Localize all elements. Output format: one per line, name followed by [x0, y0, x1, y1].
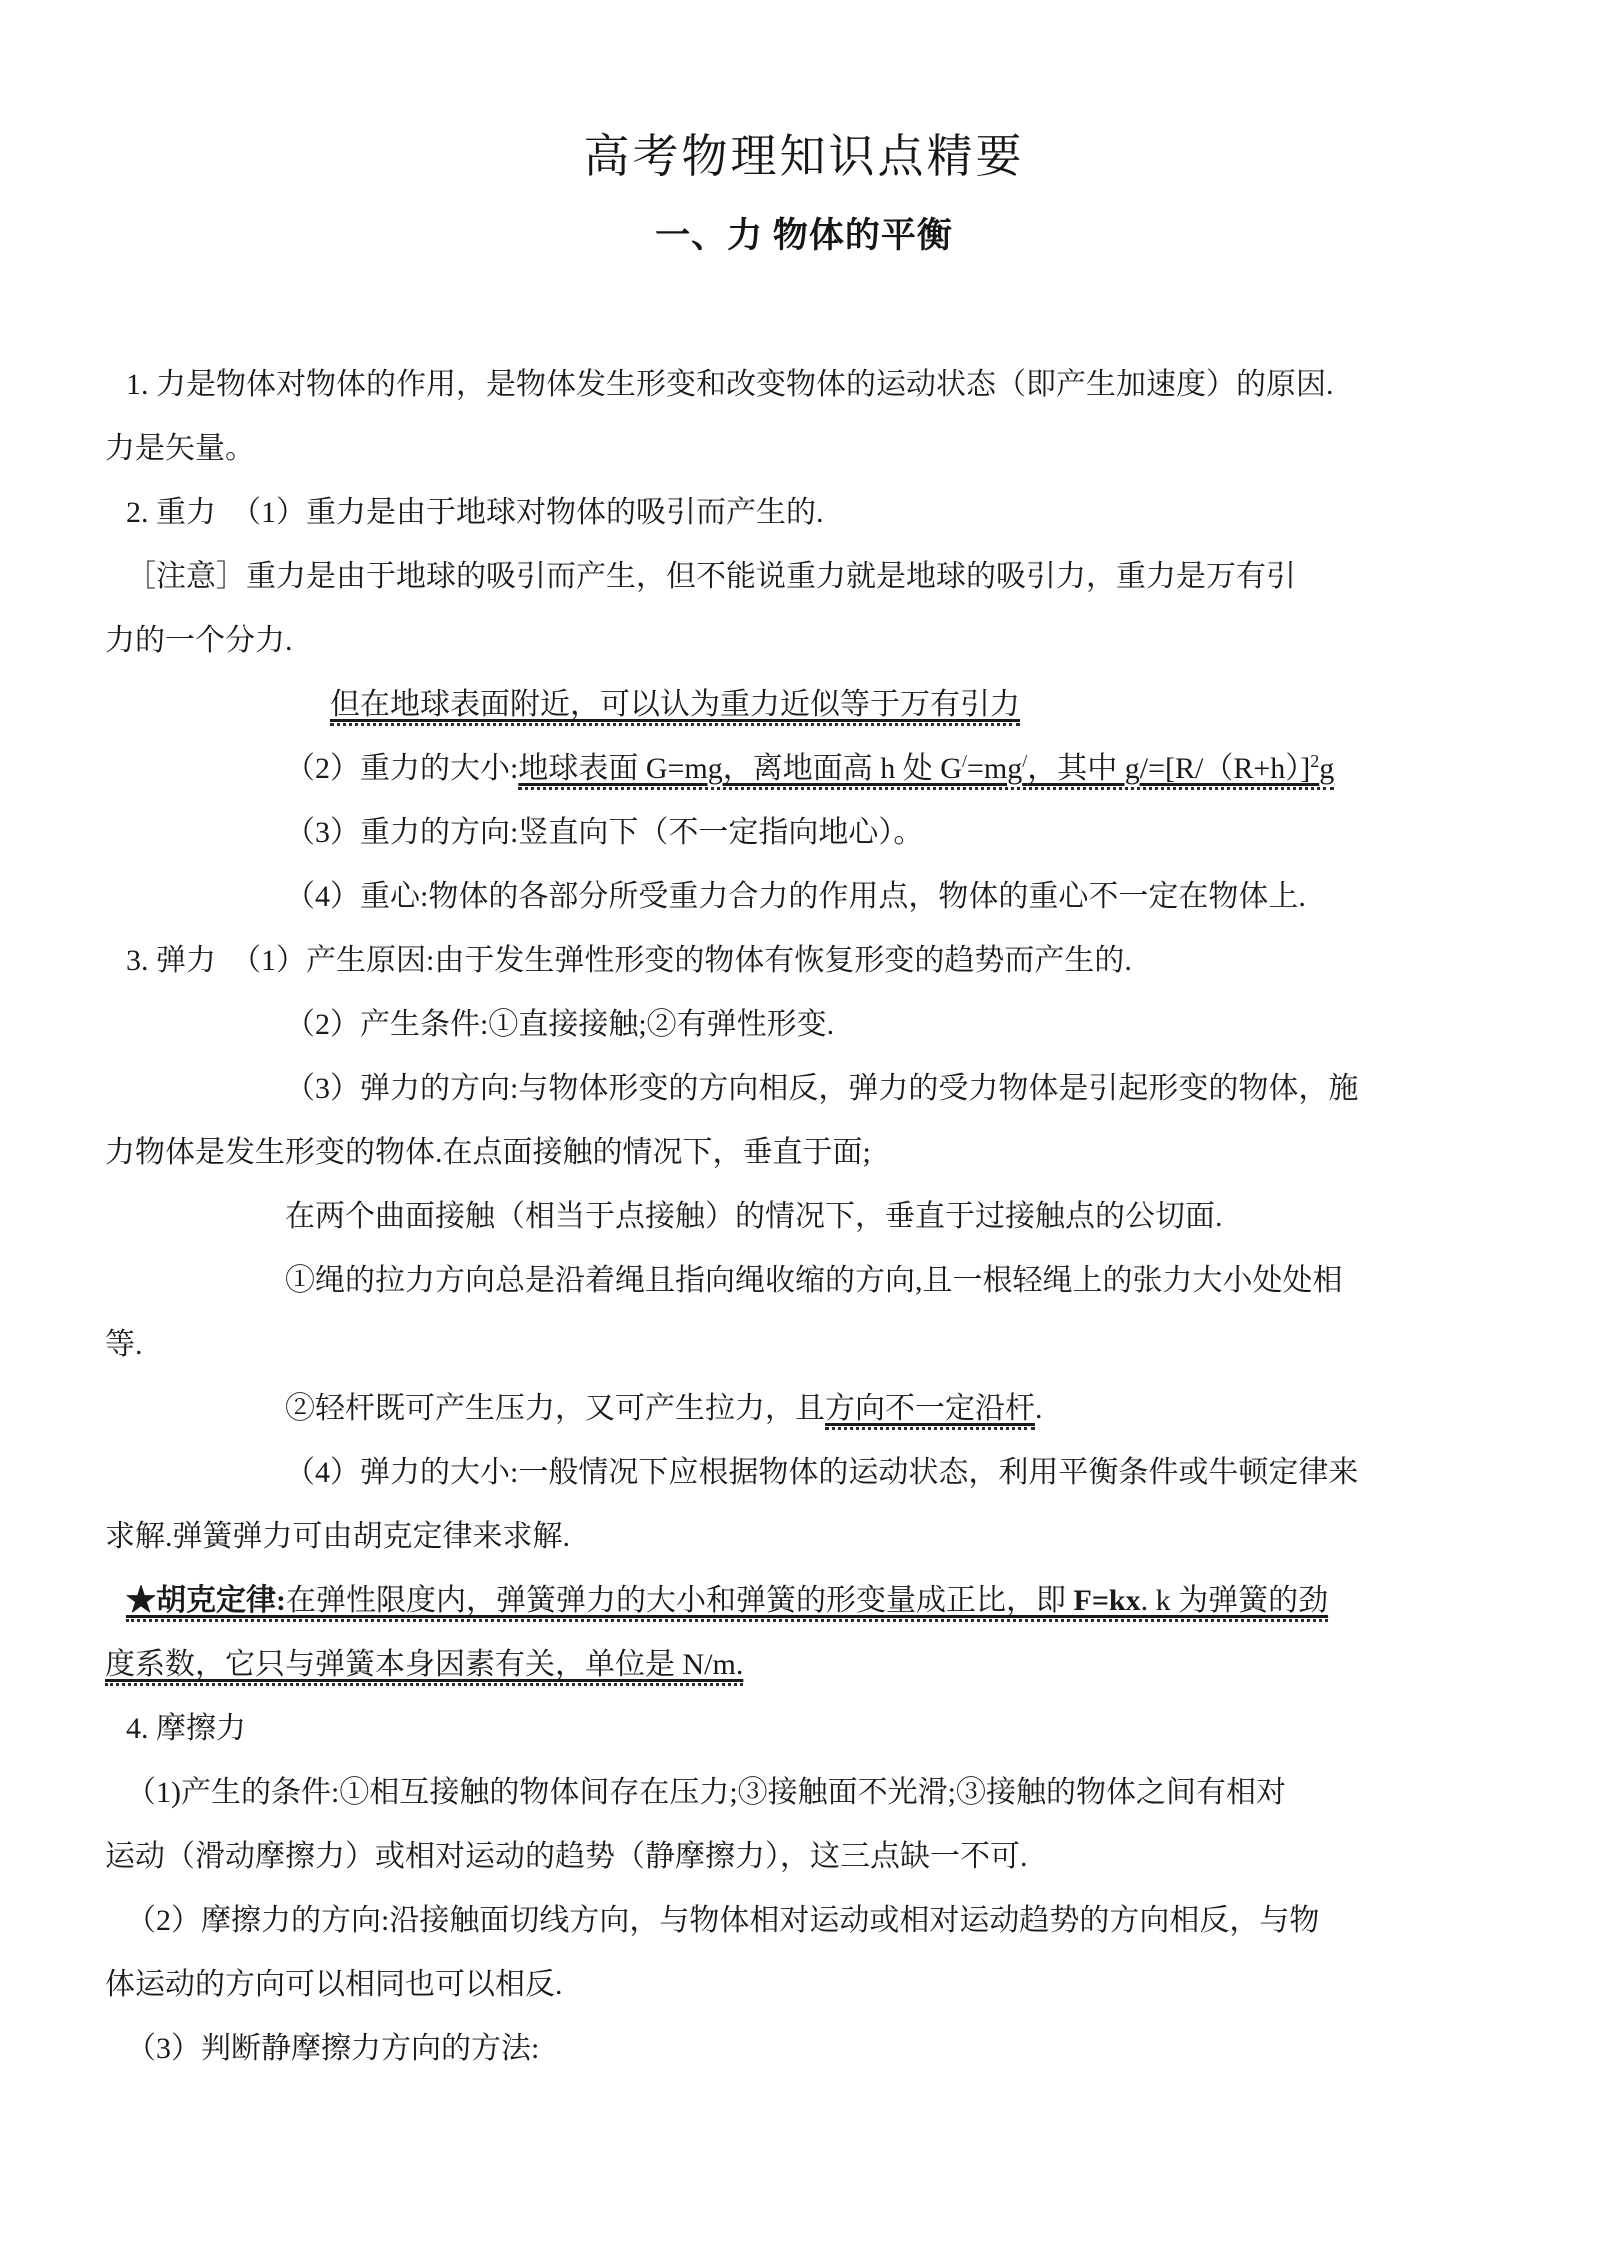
para-1-force-definition: 1. 力是物体对物体的作用，是物体发生形变和改变物体的运动状态（即产生加速度）的…	[105, 353, 1503, 481]
text-run: ，其中 g/=[R/（R+h）]	[1027, 752, 1310, 785]
bold-text: F=kx	[1074, 1584, 1141, 1617]
para-3-rope-tension: ①绳的拉力方向总是沿着绳且指向绳收缩的方向,且一根轻绳上的张力大小处处相等.	[105, 1249, 1503, 1377]
para-2-gravity-magnitude: （2）重力的大小:地球表面 G=mg，离地面高 h 处 G/=mg/，其中 g/…	[105, 737, 1503, 801]
text-run: 求解.弹簧弹力可由胡克定律来求解.	[105, 1520, 570, 1553]
text-run: .	[1035, 1392, 1043, 1425]
para-4-static-friction-method: （3）判断静摩擦力方向的方法:	[105, 2017, 1503, 2081]
superscript-text: 2	[1310, 751, 1319, 771]
text-run: . k 为弹簧的劲	[1141, 1584, 1329, 1617]
text-run: =mg	[967, 752, 1022, 785]
text-run: 1. 力是物体对物体的作用，是物体发生形变和改变物体的运动状态（即产生加速度）的…	[126, 368, 1334, 401]
text-run: （4）弹力的大小:一般情况下应根据物体的运动状态，利用平衡条件或牛顿定律来	[285, 1456, 1358, 1489]
para-3-elastic-magnitude: （4）弹力的大小:一般情况下应根据物体的运动状态，利用平衡条件或牛顿定律来求解.…	[105, 1441, 1503, 1569]
text-run: 力是矢量。	[105, 432, 255, 465]
bold-text: ★胡克定律:	[126, 1584, 286, 1617]
text-run: 4. 摩擦力	[126, 1712, 246, 1745]
para-4-friction: 4. 摩擦力	[105, 1697, 1503, 1761]
text-run: 力的一个分力.	[105, 624, 293, 657]
underlined-emphasis: 方向不一定沿杆	[825, 1392, 1035, 1430]
text-run: 度系数，它只与弹簧本身因素有关，单位是 N/m.	[105, 1648, 743, 1681]
underlined-emphasis: ★胡克定律:在弹性限度内，弹簧弹力的大小和弹簧的形变量成正比，即 F=kx. k…	[126, 1584, 1328, 1622]
para-4-friction-direction: （2）摩擦力的方向:沿接触面切线方向，与物体相对运动或相对运动趋势的方向相反，与…	[105, 1889, 1503, 2017]
para-3-elastic-conditions: （2）产生条件:①直接接触;②有弹性形变.	[105, 993, 1503, 1057]
para-2-gravity-direction: （3）重力的方向:竖直向下（不一定指向地心）。	[105, 801, 1503, 865]
text-run: （3）判断静摩擦力方向的方法:	[126, 2032, 539, 2065]
section-heading: 一、力 物体的平衡	[105, 208, 1503, 258]
document-page: 高考物理知识点精要 一、力 物体的平衡 1. 力是物体对物体的作用，是物体发生形…	[0, 0, 1598, 2246]
para-3-elastic-force-cause: 3. 弹力 （1）产生原因:由于发生弹性形变的物体有恢复形变的趋势而产生的.	[105, 929, 1503, 993]
text-run: 2. 重力 （1）重力是由于地球对物体的吸引而产生的.	[126, 496, 824, 529]
text-run: 地球表面 G=mg，离地面高 h 处 G	[518, 752, 962, 785]
document-body: 1. 力是物体对物体的作用，是物体发生形变和改变物体的运动状态（即产生加速度）的…	[105, 353, 1503, 2081]
para-3-elastic-direction: （3）弹力的方向:与物体形变的方向相反，弹力的受力物体是引起形变的物体，施力物体…	[105, 1057, 1503, 1185]
text-run: 在两个曲面接触（相当于点接触）的情况下，垂直于过接触点的公切面.	[285, 1200, 1223, 1233]
underlined-emphasis: 地球表面 G=mg，离地面高 h 处 G/=mg/，其中 g/=[R/（R+h）…	[518, 752, 1334, 790]
text-run: （2）产生条件:①直接接触;②有弹性形变.	[285, 1008, 834, 1041]
para-2-gravity: 2. 重力 （1）重力是由于地球对物体的吸引而产生的.	[105, 481, 1503, 545]
text-run: （1)产生的条件:①相互接触的物体间存在压力;③接触面不光滑;③接触的物体之间有…	[126, 1776, 1286, 1809]
para-2-gravity-note: ［注意］重力是由于地球的吸引而产生，但不能说重力就是地球的吸引力，重力是万有引力…	[105, 545, 1503, 673]
text-run: （3）重力的方向:竖直向下（不一定指向地心）。	[285, 816, 923, 849]
underlined-emphasis: 度系数，它只与弹簧本身因素有关，单位是 N/m.	[105, 1648, 743, 1686]
document-title: 高考物理知识点精要	[105, 120, 1503, 186]
text-run: （4）重心:物体的各部分所受重力合力的作用点，物体的重心不一定在物体上.	[285, 880, 1306, 913]
para-hooke-law: ★胡克定律:在弹性限度内，弹簧弹力的大小和弹簧的形变量成正比，即 F=kx. k…	[105, 1569, 1503, 1697]
text-run: g	[1319, 752, 1334, 785]
para-3-curved-contact: 在两个曲面接触（相当于点接触）的情况下，垂直于过接触点的公切面.	[105, 1185, 1503, 1249]
text-run: 运动（滑动摩擦力）或相对运动的趋势（静摩擦力），这三点缺一不可.	[105, 1840, 1028, 1873]
text-run: 但在地球表面附近，可以认为重力近似等于万有引力	[330, 688, 1020, 721]
text-run: 等.	[105, 1328, 143, 1361]
text-run: 在弹性限度内，弹簧弹力的大小和弹簧的形变量成正比，即	[286, 1584, 1074, 1617]
text-run: （2）摩擦力的方向:沿接触面切线方向，与物体相对运动或相对运动趋势的方向相反，与…	[126, 1904, 1319, 1937]
para-2-gravity-note-underline: 但在地球表面附近，可以认为重力近似等于万有引力	[105, 673, 1503, 737]
para-4-friction-conditions: （1)产生的条件:①相互接触的物体间存在压力;③接触面不光滑;③接触的物体之间有…	[105, 1761, 1503, 1889]
text-run: ②轻杆既可产生压力，又可产生拉力，且	[285, 1392, 825, 1425]
text-run: （3）弹力的方向:与物体形变的方向相反，弹力的受力物体是引起形变的物体，施	[285, 1072, 1358, 1105]
text-run: 方向不一定沿杆	[825, 1392, 1035, 1425]
text-run: 3. 弹力 （1）产生原因:由于发生弹性形变的物体有恢复形变的趋势而产生的.	[126, 944, 1132, 977]
text-run: （2）重力的大小:	[285, 752, 518, 785]
para-2-gravity-center: （4）重心:物体的各部分所受重力合力的作用点，物体的重心不一定在物体上.	[105, 865, 1503, 929]
text-run: 体运动的方向可以相同也可以相反.	[105, 1968, 563, 2001]
text-run: ［注意］重力是由于地球的吸引而产生，但不能说重力就是地球的吸引力，重力是万有引	[126, 560, 1296, 593]
underlined-emphasis: 但在地球表面附近，可以认为重力近似等于万有引力	[330, 688, 1020, 726]
text-run: ①绳的拉力方向总是沿着绳且指向绳收缩的方向,且一根轻绳上的张力大小处处相	[285, 1264, 1343, 1297]
para-3-light-rod: ②轻杆既可产生压力，又可产生拉力，且方向不一定沿杆.	[105, 1377, 1503, 1441]
text-run: 力物体是发生形变的物体.在点面接触的情况下，垂直于面;	[105, 1136, 871, 1169]
